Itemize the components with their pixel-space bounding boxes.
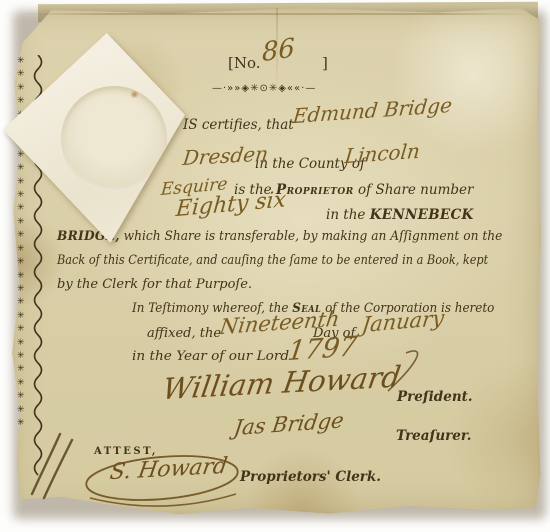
year-line-print: in the Year of our Lord: [132, 349, 289, 364]
kennebeck-line-print: in the KENNEBECK: [326, 207, 474, 223]
proprietor-smallcaps: Proprietor: [276, 182, 354, 198]
town-handwritten: Dresden: [182, 141, 270, 170]
proprietor-post: of Share number: [354, 182, 474, 198]
president-signature-flourish: [380, 343, 435, 395]
fold-crease-horizontal: [17, 13, 534, 15]
affixed-print: affixed, the: [147, 326, 221, 341]
embossed-seal: [3, 33, 185, 243]
seal-wafer-paper: [3, 33, 185, 243]
share-number-handwritten: 86: [262, 33, 295, 68]
pen-strokes: [24, 424, 80, 502]
ornament-divider: —·»»◈✳⊙✳◈««·—: [212, 83, 316, 94]
scanned-certificate: ✳ ✳ ✳ ✳ ✳ ✳ ✳ ✳ ✳ ✳ ✳ ✳ ✳ ✳ ✳ ✳ ✳ ✳ ✳ ✳ …: [0, 0, 550, 532]
treasurer-title-print: Treaſurer.: [396, 428, 471, 444]
certifies-line-print: IS certifies, that: [183, 117, 294, 133]
seal-impression: [61, 86, 167, 192]
number-bracket-close: ]: [322, 54, 328, 72]
back-certificate-line-print: Back of this Certificate, and cauſing th…: [57, 253, 488, 268]
clerk-purpose-line-print: by the Clerk for that Purpoſe.: [57, 277, 252, 292]
kennebeck-pre: in the: [326, 207, 370, 223]
clerk-title-print: Proprietors' Clerk.: [240, 469, 381, 485]
kennebeck-caps: KENNEBECK: [370, 207, 474, 223]
seal-stain: [130, 91, 139, 98]
number-bracket-open: [No.: [228, 54, 261, 72]
